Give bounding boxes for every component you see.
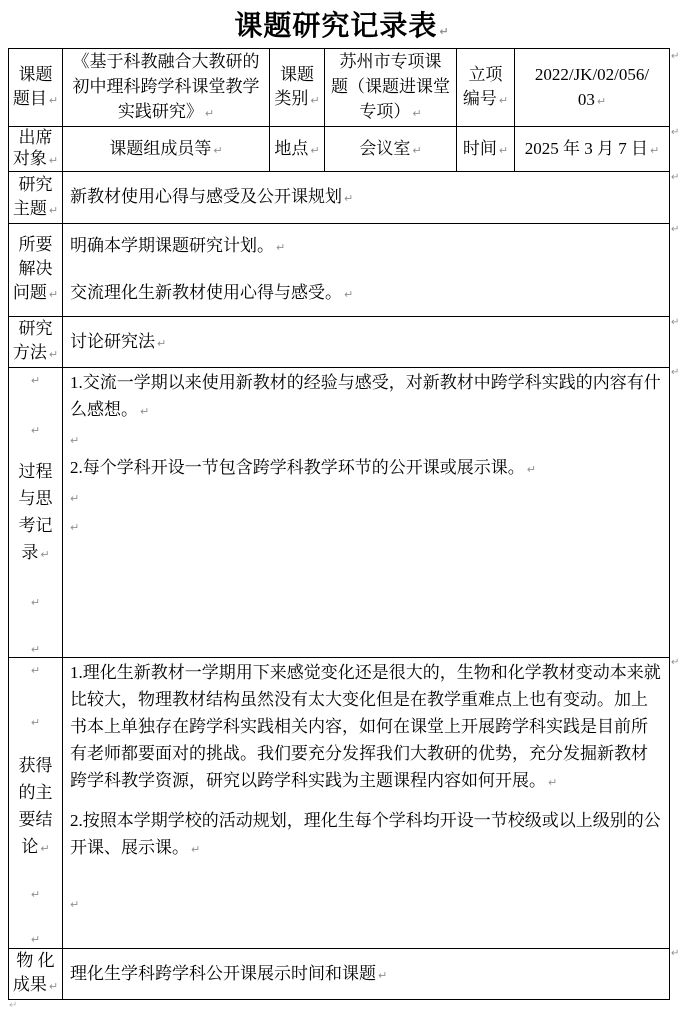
label-line: 问题↵	[9, 281, 62, 307]
empty-paragraph: ↵	[70, 512, 661, 541]
pilcrow-mark: ↵	[213, 144, 222, 157]
value-line: 《基于科教融合大教研的	[65, 49, 267, 74]
table-row: 物 化 成果↵ 理化生学科跨学科公开课展示时间和课题↵	[9, 949, 670, 1000]
row-end-mark: ↵	[671, 368, 679, 378]
label-line: 编号↵	[457, 87, 514, 113]
pilcrow-mark: ↵	[548, 776, 557, 789]
pilcrow-mark: ↵	[157, 337, 166, 350]
row-end-mark: ↵	[671, 52, 679, 62]
record-table: 课题 题目↵ 《基于科教融合大教研的 初中理科跨学科课堂教学 实践研究》↵ 课题…	[8, 48, 670, 1000]
label-line: 所要	[9, 233, 62, 257]
pilcrow-mark: ↵	[31, 641, 40, 655]
table-row: ↵ ↵ 过程 与思 考记 录↵ ↵ ↵ 1.交流一学期以来使用新教材的经验与感受…	[9, 368, 670, 658]
label-line: 研究	[9, 173, 62, 197]
conclusions-value-cell: 1.理化生新教材一学期用下来感觉变化还是很大的，生物和化学教材变动本来就比较大，…	[63, 658, 670, 949]
label-line: 课题	[9, 63, 62, 87]
pilcrow-mark: ↵	[70, 521, 79, 534]
label-line: 过程	[19, 458, 53, 485]
value-line: 题（课题进课堂	[327, 74, 454, 99]
value-line: 初中理科跨学科课堂教学	[65, 74, 267, 99]
table-row: 出席 对象↵ 课题组成员等↵ 地点↵ 会议室↵ 时间↵ 2025 年 3 月 7…	[9, 127, 670, 172]
paragraph: 2.按照本学期学校的活动规划，理化生每个学科均开设一节校级或以上级别的公开课、展…	[70, 807, 661, 863]
process-notes-value-cell: 1.交流一学期以来使用新教材的经验与感受，对新教材中跨学科实践的内容有什么感想。…	[63, 368, 670, 658]
label-line: 出席	[9, 127, 62, 148]
label-line: 解决	[9, 257, 62, 281]
label-line: 的主	[19, 779, 53, 806]
vertical-label: ↵ ↵ 过程 与思 考记 录↵ ↵ ↵	[9, 368, 62, 655]
row-end-mark: ↵	[671, 318, 679, 328]
page-title: 课题研究记录表↵	[0, 4, 683, 44]
pilcrow-mark: ↵	[205, 107, 214, 120]
paragraph: 1.理化生新教材一学期用下来感觉变化还是很大的，生物和化学教材变动本来就比较大，…	[70, 659, 661, 796]
pilcrow-mark: ↵	[344, 288, 353, 301]
pilcrow-mark: ↵	[276, 241, 285, 254]
label-line: 成果↵	[9, 973, 62, 999]
pilcrow-mark: ↵	[191, 843, 200, 856]
pilcrow-mark: ↵	[439, 25, 448, 38]
outcomes-label-cell: 物 化 成果↵	[9, 949, 63, 1000]
label-line: 对象↵	[9, 148, 62, 171]
label-line: 考记	[19, 512, 53, 539]
value-line: 03↵	[517, 87, 667, 114]
topic-category-value-cell: 苏州市专项课 题（课题进课堂 专项）↵	[325, 49, 457, 127]
label-line: 研究	[9, 317, 62, 341]
row-end-mark: ↵	[671, 658, 679, 668]
outcomes-value-cell: 理化生学科跨学科公开课展示时间和课题↵	[63, 949, 670, 1000]
value-line: 苏州市专项课	[327, 49, 454, 74]
table-row: 所要 解决 问题↵ 明确本学期课题研究计划。↵ 交流理化生新教材使用心得与感受。…	[9, 224, 670, 317]
pilcrow-mark: ↵	[31, 714, 40, 728]
row-end-mark: ↵	[671, 173, 679, 183]
pilcrow-mark: ↵	[499, 94, 508, 107]
topic-title-value-cell: 《基于科教融合大教研的 初中理科跨学科课堂教学 实践研究》↵	[63, 49, 270, 127]
pilcrow-mark: ↵	[31, 594, 40, 608]
pilcrow-mark: ↵	[49, 204, 58, 217]
vertical-label: ↵ ↵ 获得 的主 要结 论↵ ↵ ↵	[9, 658, 62, 945]
page-title-text: 课题研究记录表	[234, 11, 437, 42]
pilcrow-mark: ↵	[378, 969, 387, 982]
value-line: 实践研究》↵	[65, 99, 267, 126]
paragraph: 2.每个学科开设一节包含跨学科教学环节的公开课或展示课。↵	[70, 454, 661, 483]
pilcrow-mark: ↵	[40, 548, 49, 561]
time-label-cell: 时间↵	[457, 127, 515, 172]
label-line: 类别↵	[270, 87, 324, 113]
pilcrow-mark: ↵	[344, 192, 353, 205]
problems-value-cell: 明确本学期课题研究计划。↵ 交流理化生新教材使用心得与感受。↵	[63, 224, 670, 317]
process-notes-label-cell: ↵ ↵ 过程 与思 考记 录↵ ↵ ↵	[9, 368, 63, 658]
pilcrow-mark: ↵	[31, 931, 40, 945]
row-end-mark: ↵	[671, 225, 679, 235]
empty-paragraph: ↵	[70, 889, 661, 918]
research-theme-label-cell: 研究 主题↵	[9, 172, 63, 224]
project-number-label-cell: 立项 编号↵	[457, 49, 515, 127]
method-value-cell: 讨论研究法↵	[63, 317, 670, 368]
label-line: 要结	[19, 806, 53, 833]
document-page: 课题研究记录表↵ 课题 题目↵ 《基于科教融合大教研的 初中理科跨学科课堂教学 …	[0, 0, 683, 1014]
row-end-mark: ↵	[671, 949, 679, 959]
problems-label-cell: 所要 解决 问题↵	[9, 224, 63, 317]
place-value-cell: 会议室↵	[325, 127, 457, 172]
pilcrow-mark: ↵	[70, 898, 79, 911]
value-line: 专项）↵	[327, 99, 454, 126]
pilcrow-mark: ↵	[412, 107, 421, 120]
label-line: 论↵	[21, 833, 49, 862]
pilcrow-mark: ↵	[40, 842, 49, 855]
pilcrow-mark: ↵	[499, 144, 508, 157]
value-line: 2022/JK/02/056/	[517, 62, 667, 87]
paragraph: 明确本学期课题研究计划。↵	[70, 232, 663, 261]
table-row: 课题 题目↵ 《基于科教融合大教研的 初中理科跨学科课堂教学 实践研究》↵ 课题…	[9, 49, 670, 127]
table-row: 研究 方法↵ 讨论研究法↵	[9, 317, 670, 368]
conclusions-label-cell: ↵ ↵ 获得 的主 要结 论↵ ↵ ↵	[9, 658, 63, 949]
pilcrow-mark: ↵	[31, 886, 40, 900]
attendees-value-cell: 课题组成员等↵	[63, 127, 270, 172]
pilcrow-mark: ↵	[310, 144, 319, 157]
empty-paragraph: ↵	[70, 483, 661, 512]
topic-title-label-cell: 课题 题目↵	[9, 49, 63, 127]
pilcrow-mark: ↵	[49, 154, 58, 167]
project-number-value-cell: 2022/JK/02/056/ 03↵	[515, 49, 670, 127]
label-line: 题目↵	[9, 87, 62, 113]
empty-paragraph: ↵	[70, 425, 661, 454]
label-line: 物 化	[9, 949, 62, 973]
label-line: 课题	[270, 63, 324, 87]
label-line: 获得	[19, 752, 53, 779]
pilcrow-mark: ↵	[49, 94, 58, 107]
pilcrow-mark: ↵	[49, 980, 58, 993]
label-line: 录↵	[21, 539, 49, 568]
place-label-cell: 地点↵	[270, 127, 325, 172]
pilcrow-mark: ↵	[49, 288, 58, 301]
pilcrow-mark: ↵	[412, 144, 421, 157]
pilcrow-mark: ↵	[31, 662, 40, 676]
pilcrow-mark: ↵	[527, 463, 536, 476]
pilcrow-mark: ↵	[49, 348, 58, 361]
pilcrow-mark: ↵	[9, 1000, 17, 1011]
pilcrow-mark: ↵	[31, 422, 40, 436]
label-line: 与思	[19, 485, 53, 512]
attendees-label-cell: 出席 对象↵	[9, 127, 63, 172]
pilcrow-mark: ↵	[650, 144, 659, 157]
row-end-mark: ↵	[671, 128, 679, 138]
research-theme-value-cell: 新教材使用心得与感受及公开课规划↵	[63, 172, 670, 224]
pilcrow-mark: ↵	[70, 434, 79, 447]
paragraph: 1.交流一学期以来使用新教材的经验与感受，对新教材中跨学科实践的内容有什么感想。…	[70, 369, 661, 425]
table-row: ↵ ↵ 获得 的主 要结 论↵ ↵ ↵ 1.理化生新教材一学期用下来感觉变化还是…	[9, 658, 670, 949]
pilcrow-mark: ↵	[70, 492, 79, 505]
label-line: 主题↵	[9, 197, 62, 223]
pilcrow-mark: ↵	[31, 372, 40, 386]
label-line: 立项	[457, 63, 514, 87]
label-line: 方法↵	[9, 341, 62, 367]
method-label-cell: 研究 方法↵	[9, 317, 63, 368]
time-value-cell: 2025 年 3 月 7 日↵	[515, 127, 670, 172]
pilcrow-mark: ↵	[310, 94, 319, 107]
pilcrow-mark: ↵	[140, 405, 149, 418]
paragraph: 交流理化生新教材使用心得与感受。↵	[70, 279, 663, 308]
table-row: 研究 主题↵ 新教材使用心得与感受及公开课规划↵	[9, 172, 670, 224]
pilcrow-mark: ↵	[597, 95, 606, 108]
topic-category-label-cell: 课题 类别↵	[270, 49, 325, 127]
